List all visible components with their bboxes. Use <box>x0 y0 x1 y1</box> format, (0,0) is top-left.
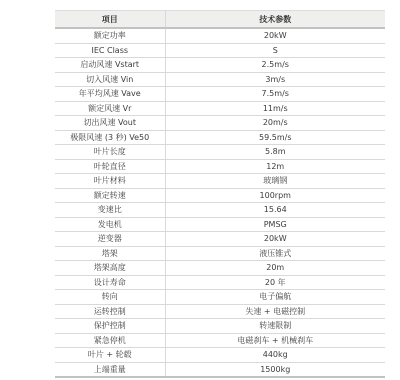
value-cell: 15.64 <box>165 203 385 218</box>
item-cell: 叶片长度 <box>55 145 165 160</box>
item-cell: IEC Class <box>55 43 165 58</box>
item-cell: 年平均风速 Vave <box>55 87 165 102</box>
table-row: 叶片 + 轮毂440kg <box>55 348 385 363</box>
value-cell: 电子偏航 <box>165 290 385 305</box>
item-cell: 设计寿命 <box>55 275 165 290</box>
item-cell: 极限风速 (3 秒) Ve50 <box>55 130 165 145</box>
table-row: 切入风速 Vin3m/s <box>55 72 385 87</box>
table-row: 年平均风速 Vave7.5m/s <box>55 87 385 102</box>
value-cell: PMSG <box>165 217 385 232</box>
table-row: 额定转速100rpm <box>55 188 385 203</box>
table-row: 切出风速 Vout20m/s <box>55 116 385 131</box>
item-cell: 运转控制 <box>55 304 165 319</box>
table-row: 发电机PMSG <box>55 217 385 232</box>
item-cell: 额定功率 <box>55 28 165 43</box>
table-row: 转向电子偏航 <box>55 290 385 305</box>
table-row: 变速比15.64 <box>55 203 385 218</box>
item-cell: 保护控制 <box>55 319 165 334</box>
spec-table-container: 项目 技术参数 额定功率20kWIEC ClassS启动风速 Vstart2.5… <box>55 10 385 378</box>
value-cell: 转速限制 <box>165 319 385 334</box>
item-cell: 切入风速 Vin <box>55 72 165 87</box>
table-row: IEC ClassS <box>55 43 385 58</box>
value-cell: S <box>165 43 385 58</box>
value-cell: 20m <box>165 261 385 276</box>
table-row: 塔架液压锥式 <box>55 246 385 261</box>
value-cell: 20m/s <box>165 116 385 131</box>
table-row: 设计寿命20 年 <box>55 275 385 290</box>
value-cell: 1500kg <box>165 362 385 377</box>
item-cell: 转向 <box>55 290 165 305</box>
item-cell: 切出风速 Vout <box>55 116 165 131</box>
table-row: 叶片材料玻璃钢 <box>55 174 385 189</box>
item-cell: 额定风速 Vr <box>55 101 165 116</box>
item-cell: 叶片 + 轮毂 <box>55 348 165 363</box>
table-row: 塔架高度20m <box>55 261 385 276</box>
item-cell: 上端重量 <box>55 362 165 377</box>
table-row: 叶轮直径12m <box>55 159 385 174</box>
table-row: 极限风速 (3 秒) Ve5059.5m/s <box>55 130 385 145</box>
header-row: 项目 技术参数 <box>55 11 385 29</box>
table-row: 启动风速 Vstart2.5m/s <box>55 58 385 73</box>
value-cell: 20kW <box>165 232 385 247</box>
item-cell: 叶轮直径 <box>55 159 165 174</box>
value-cell: 11m/s <box>165 101 385 116</box>
item-cell: 塔架高度 <box>55 261 165 276</box>
value-cell: 5.8m <box>165 145 385 160</box>
value-cell: 失速 + 电磁控制 <box>165 304 385 319</box>
value-cell: 20kW <box>165 28 385 43</box>
value-cell: 100rpm <box>165 188 385 203</box>
item-cell: 紧急停机 <box>55 333 165 348</box>
value-cell: 20 年 <box>165 275 385 290</box>
table-row: 额定风速 Vr11m/s <box>55 101 385 116</box>
value-cell: 440kg <box>165 348 385 363</box>
item-cell: 塔架 <box>55 246 165 261</box>
column-header-item: 项目 <box>55 11 165 29</box>
value-cell: 电磁刹车 + 机械刹车 <box>165 333 385 348</box>
table-row: 上端重量1500kg <box>55 362 385 377</box>
spec-table: 项目 技术参数 额定功率20kWIEC ClassS启动风速 Vstart2.5… <box>55 10 385 378</box>
item-cell: 额定转速 <box>55 188 165 203</box>
value-cell: 12m <box>165 159 385 174</box>
value-cell: 3m/s <box>165 72 385 87</box>
column-header-value: 技术参数 <box>165 11 385 29</box>
value-cell: 玻璃钢 <box>165 174 385 189</box>
table-body: 额定功率20kWIEC ClassS启动风速 Vstart2.5m/s切入风速 … <box>55 28 385 377</box>
value-cell: 59.5m/s <box>165 130 385 145</box>
table-row: 紧急停机电磁刹车 + 机械刹车 <box>55 333 385 348</box>
item-cell: 变速比 <box>55 203 165 218</box>
table-row: 叶片长度5.8m <box>55 145 385 160</box>
value-cell: 7.5m/s <box>165 87 385 102</box>
table-row: 运转控制失速 + 电磁控制 <box>55 304 385 319</box>
item-cell: 叶片材料 <box>55 174 165 189</box>
table-row: 额定功率20kW <box>55 28 385 43</box>
table-row: 保护控制转速限制 <box>55 319 385 334</box>
table-row: 逆变器20kW <box>55 232 385 247</box>
value-cell: 2.5m/s <box>165 58 385 73</box>
item-cell: 发电机 <box>55 217 165 232</box>
item-cell: 启动风速 Vstart <box>55 58 165 73</box>
value-cell: 液压锥式 <box>165 246 385 261</box>
item-cell: 逆变器 <box>55 232 165 247</box>
